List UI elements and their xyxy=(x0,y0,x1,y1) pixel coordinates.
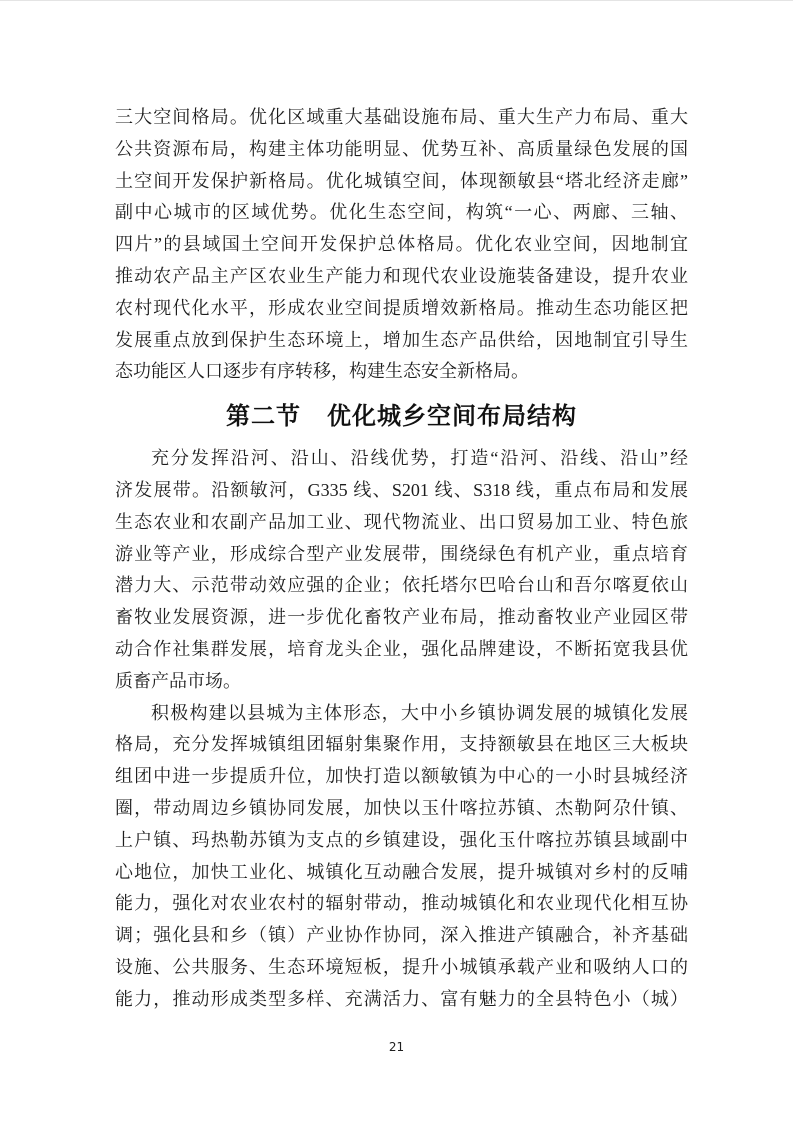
text-line: 充分发挥沿河、沿山、沿线优势，打造“沿河、沿线、沿山”经 xyxy=(115,443,688,475)
text-line: 组团中进一步提质升位，加快打造以额敏镇为中心的一小时县城经济 xyxy=(115,761,688,793)
text-line: 游业等产业，形成综合型产业发展带，围绕绿色有机产业，重点培育 xyxy=(115,539,688,571)
text-line: 心地位，加快工业化、城镇化互动融合发展，提升城镇对乡村的反哺 xyxy=(115,857,688,889)
text-line: 潜力大、示范带动效应强的企业；依托塔尔巴哈台山和吾尔喀夏依山 xyxy=(115,570,688,602)
text-line: 上户镇、玛热勒苏镇为支点的乡镇建设，强化玉什喀拉苏镇县域副中 xyxy=(115,825,688,857)
document-page: 三大空间格局。优化区域重大基础设施布局、重大生产力布局、重大公共资源布局，构建主… xyxy=(0,0,793,1123)
section-title: 优化城乡空间布局结构 xyxy=(327,402,577,430)
paragraph-spatial-pattern: 三大空间格局。优化区域重大基础设施布局、重大生产力布局、重大公共资源布局，构建主… xyxy=(115,102,688,388)
paragraph-economic-belt: 充分发挥沿河、沿山、沿线优势，打造“沿河、沿线、沿山”经济发展带。沿额敏河，G3… xyxy=(115,443,688,697)
text-line: 推动农产品主产区农业生产能力和现代农业设施装备建设，提升农业 xyxy=(115,261,688,293)
text-line: 生态农业和农副产品加工业、现代物流业、出口贸易加工业、特色旅 xyxy=(115,507,688,539)
text-line: 三大空间格局。优化区域重大基础设施布局、重大生产力布局、重大 xyxy=(115,102,688,134)
text-line: 积极构建以县城为主体形态，大中小乡镇协调发展的城镇化发展 xyxy=(115,698,688,730)
text-line: 调；强化县和乡（镇）产业协作协同，深入推进产镇融合，补齐基础 xyxy=(115,920,688,952)
section-heading: 第二节优化城乡空间布局结构 xyxy=(115,395,688,437)
text-line: 动合作社集群发展，培育龙头企业，强化品牌建设，不断拓宽我县优 xyxy=(115,634,688,666)
text-line: 圈，带动周边乡镇协同发展，加快以玉什喀拉苏镇、杰勒阿尕什镇、 xyxy=(115,793,688,825)
text-line: 土空间开发保护新格局。优化城镇空间，体现额敏县“塔北经济走廊” xyxy=(115,166,688,198)
text-line: 发展重点放到保护生态环境上，增加生态产品供给，因地制宜引导生 xyxy=(115,325,688,357)
text-line: 畜牧业发展资源，进一步优化畜牧产业布局，推动畜牧业产业园区带 xyxy=(115,602,688,634)
text-line: 格局，充分发挥城镇组团辐射集聚作用，支持额敏县在地区三大板块 xyxy=(115,729,688,761)
text-line: 济发展带。沿额敏河，G335 线、S201 线、S318 线，重点布局和发展 xyxy=(115,475,688,507)
text-line: 质畜产品市场。 xyxy=(115,666,688,698)
document-content: 三大空间格局。优化区域重大基础设施布局、重大生产力布局、重大公共资源布局，构建主… xyxy=(115,102,688,1016)
text-line: 公共资源布局，构建主体功能明显、优势互补、高质量绿色发展的国 xyxy=(115,134,688,166)
text-line: 能力，推动形成类型多样、充满活力、富有魅力的全县特色小（城） xyxy=(115,984,688,1016)
text-line: 能力，强化对农业农村的辐射带动，推动城镇化和农业现代化相互协 xyxy=(115,888,688,920)
text-line: 副中心城市的区域优势。优化生态空间，构筑“一心、两廊、三轴、 xyxy=(115,197,688,229)
text-line: 农村现代化水平，形成农业空间提质增效新格局。推动生态功能区把 xyxy=(115,293,688,325)
page-number: 21 xyxy=(0,1040,793,1054)
section-number-label: 第二节 xyxy=(226,402,301,430)
text-line: 态功能区人口逐步有序转移，构建生态安全新格局。 xyxy=(115,356,688,388)
text-line: 设施、公共服务、生态环境短板，提升小城镇承载产业和吸纳人口的 xyxy=(115,952,688,984)
paragraph-urbanization: 积极构建以县城为主体形态，大中小乡镇协调发展的城镇化发展格局，充分发挥城镇组团辐… xyxy=(115,698,688,1016)
text-line: 四片”的县域国土空间开发保护总体格局。优化农业空间，因地制宜 xyxy=(115,229,688,261)
